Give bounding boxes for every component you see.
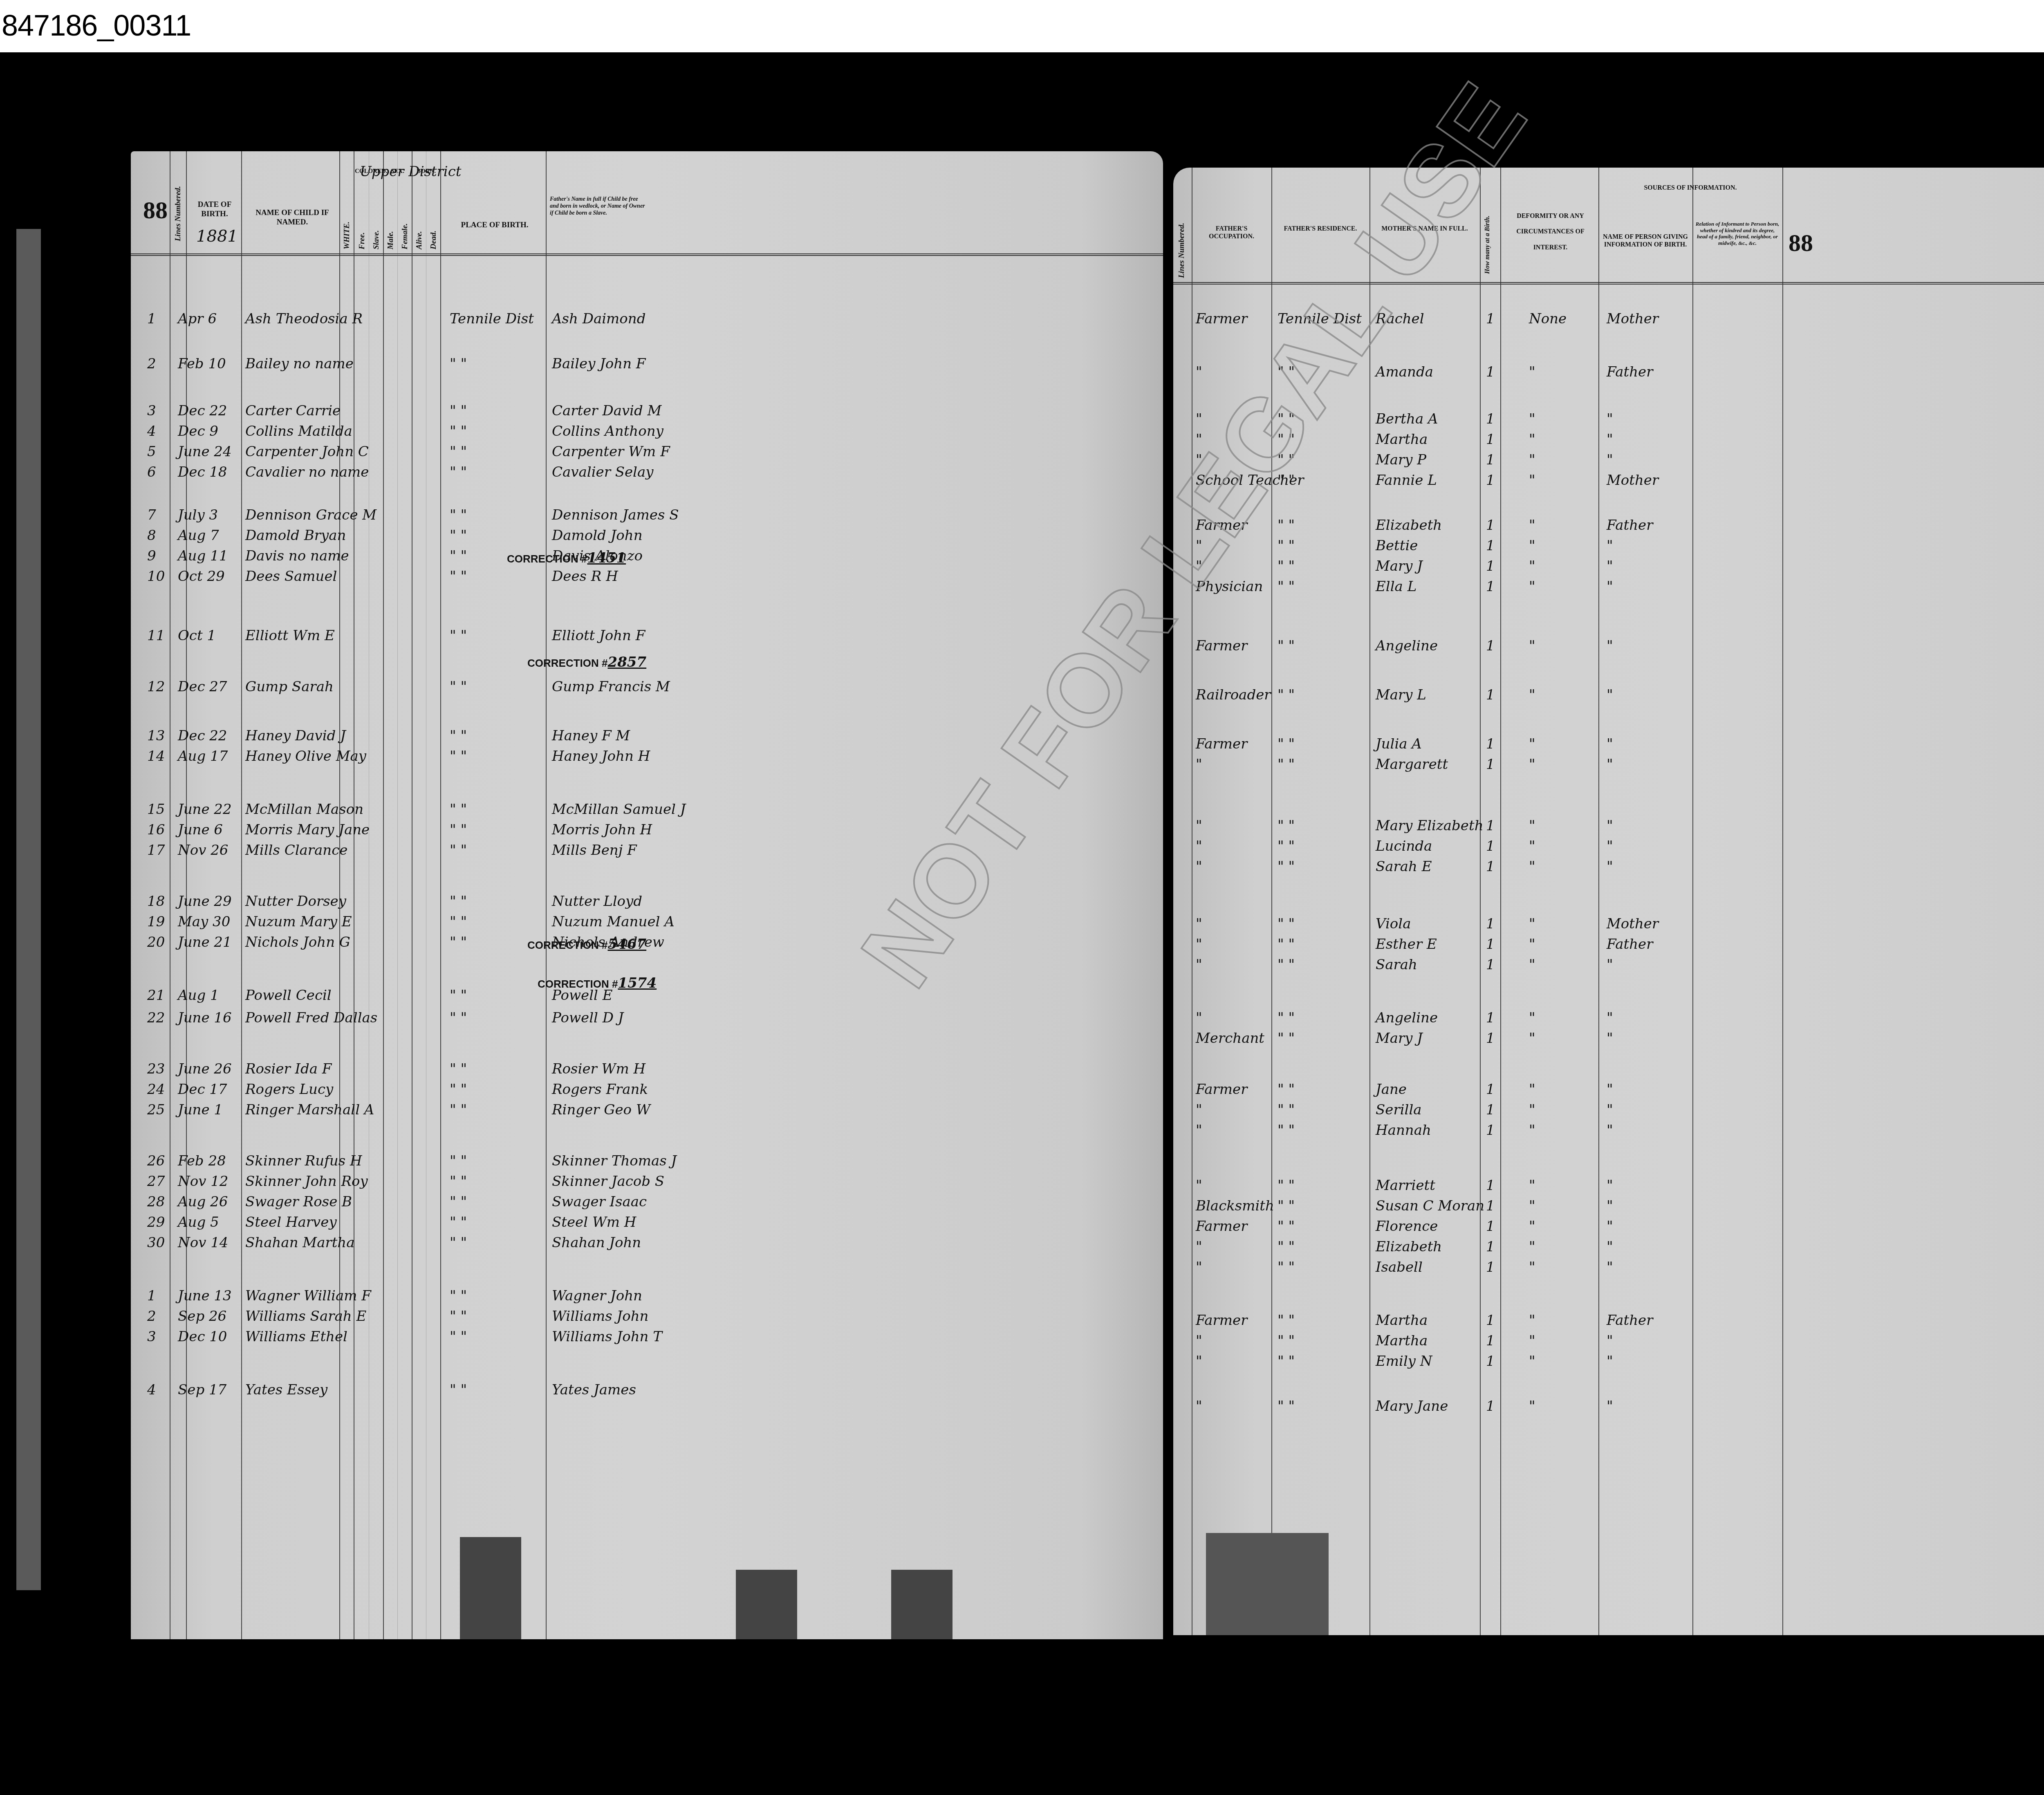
informant-name: Father <box>1607 364 1653 380</box>
correction-stamp: CORRECTION #2857 <box>527 654 646 670</box>
informant-name: " <box>1607 578 1613 595</box>
father-name: Carpenter Wm F <box>552 444 670 460</box>
informant-name: " <box>1607 756 1613 773</box>
father-occupation: " <box>1196 858 1202 875</box>
line-number: 3 <box>147 403 156 419</box>
informant-name: " <box>1607 1102 1613 1118</box>
child-name: Davis no name <box>245 548 349 564</box>
place-of-birth: " " <box>450 893 467 910</box>
place-of-birth: " " <box>450 1288 467 1304</box>
child-name: Ringer Marshall A <box>245 1102 374 1118</box>
birth-date: June 16 <box>178 1010 232 1026</box>
child-name: Collins Matilda <box>245 423 352 439</box>
father-occupation: " <box>1196 364 1202 380</box>
births-count: 1 <box>1486 1102 1495 1118</box>
father-occupation: Merchant <box>1196 1030 1264 1047</box>
informant-name: Father <box>1607 1312 1653 1329</box>
child-name: Haney Olive May <box>245 748 366 764</box>
deformity: " <box>1529 1010 1535 1026</box>
child-name: Wagner William F <box>245 1288 371 1304</box>
rule <box>170 151 170 1639</box>
father-name: Elliott John F <box>552 627 645 644</box>
mother-name: Emily N <box>1376 1353 1432 1369</box>
births-count: 1 <box>1486 838 1495 854</box>
birth-date: Sep 26 <box>178 1308 226 1324</box>
birth-date: Oct 1 <box>178 627 216 644</box>
father-residence: " " <box>1277 1353 1295 1369</box>
header-white: WHITE. <box>343 213 352 249</box>
births-count: 1 <box>1486 538 1495 554</box>
year: 1881 <box>196 227 238 246</box>
mother-name: Martha <box>1376 1333 1428 1349</box>
index-tab <box>460 1537 521 1639</box>
rule <box>1500 168 1501 1635</box>
birth-date: Nov 12 <box>178 1173 229 1190</box>
father-name: Rogers Frank <box>552 1081 648 1098</box>
header-sources: SOURCES OF INFORMATION. <box>1602 184 1778 192</box>
child-name: Nuzum Mary E <box>245 914 352 930</box>
birth-date: May 30 <box>178 914 230 930</box>
header-dead: Dead. <box>429 225 438 249</box>
line-number: 29 <box>147 1214 165 1230</box>
deformity: " <box>1529 818 1535 834</box>
births-count: 1 <box>1486 916 1495 932</box>
informant-name: Father <box>1607 936 1653 952</box>
father-name: Steel Wm H <box>552 1214 637 1230</box>
births-count: 1 <box>1486 558 1495 574</box>
births-count: 1 <box>1486 858 1495 875</box>
correction-stamp: CORRECTION #1451 <box>507 550 626 566</box>
informant-name: " <box>1607 1239 1613 1255</box>
deformity: " <box>1529 1030 1535 1047</box>
child-name: Dennison Grace M <box>245 507 377 523</box>
mother-name: Viola <box>1376 916 1411 932</box>
child-name: Dees Samuel <box>245 568 337 585</box>
father-residence: " " <box>1277 818 1295 834</box>
births-count: 1 <box>1486 1030 1495 1047</box>
mother-name: Margarett <box>1376 756 1448 773</box>
deformity: " <box>1529 558 1535 574</box>
mother-name: Marriett <box>1376 1177 1435 1194</box>
place-of-birth: " " <box>450 548 467 564</box>
correction-label: CORRECTION # <box>527 657 607 669</box>
birth-date: June 22 <box>178 801 232 818</box>
informant-name: " <box>1607 1398 1613 1414</box>
births-count: 1 <box>1486 1259 1495 1275</box>
father-name: Skinner Thomas J <box>552 1153 677 1169</box>
place-of-birth: " " <box>450 444 467 460</box>
mother-name: Elizabeth <box>1376 1239 1442 1255</box>
births-count: 1 <box>1486 1010 1495 1026</box>
child-name: Powell Fred Dallas <box>245 1010 377 1026</box>
mother-name: Ella L <box>1376 578 1416 595</box>
father-residence: " " <box>1277 1259 1295 1275</box>
header-father-name: Father's Name in full if Child be free a… <box>550 196 648 217</box>
rule <box>397 151 398 1639</box>
informant-name: " <box>1607 1010 1613 1026</box>
mother-name: Serilla <box>1376 1102 1422 1118</box>
father-residence: " " <box>1277 1218 1295 1235</box>
father-residence: " " <box>1277 538 1295 554</box>
mother-name: Esther E <box>1376 936 1437 952</box>
father-name: Gump Francis M <box>552 679 670 695</box>
father-residence: " " <box>1277 1239 1295 1255</box>
line-number: 4 <box>147 1382 156 1398</box>
informant-name: " <box>1607 538 1613 554</box>
father-name: Williams John <box>552 1308 649 1324</box>
header-colored: COLORED. <box>355 168 383 175</box>
father-occupation: " <box>1196 1353 1202 1369</box>
father-occupation: " <box>1196 1259 1202 1275</box>
child-name: Nutter Dorsey <box>245 893 346 910</box>
birth-date: Oct 29 <box>178 568 225 585</box>
informant-name: " <box>1607 452 1613 468</box>
place-of-birth: " " <box>450 1329 467 1345</box>
deformity: " <box>1529 1259 1535 1275</box>
births-count: 1 <box>1486 1218 1495 1235</box>
father-residence: " " <box>1277 1030 1295 1047</box>
child-name: Skinner Rufus H <box>245 1153 362 1169</box>
child-name: Gump Sarah <box>245 679 334 695</box>
father-name: Dennison James S <box>552 507 679 523</box>
father-occupation: Farmer <box>1196 1218 1247 1235</box>
deformity: " <box>1529 1312 1535 1329</box>
father-name: Nuzum Manuel A <box>552 914 675 930</box>
deformity: " <box>1529 452 1535 468</box>
father-occupation: " <box>1196 818 1202 834</box>
informant-name: " <box>1607 858 1613 875</box>
child-name: Swager Rose B <box>245 1194 352 1210</box>
birth-date: June 6 <box>178 822 223 838</box>
rule <box>426 151 426 1639</box>
deformity: " <box>1529 1102 1535 1118</box>
mother-name: Isabell <box>1376 1259 1423 1275</box>
header-lines-numbered: Lines Numbered. <box>174 176 183 241</box>
father-residence: " " <box>1277 578 1295 595</box>
mother-name: Lucinda <box>1376 838 1432 854</box>
birth-date: Dec 22 <box>178 728 227 744</box>
informant-name: " <box>1607 1198 1613 1214</box>
informant-name: Mother <box>1607 311 1659 327</box>
rule <box>369 151 369 1639</box>
deformity: " <box>1529 756 1535 773</box>
deformity: " <box>1529 1081 1535 1098</box>
deformity: " <box>1529 411 1535 427</box>
mother-name: Martha <box>1376 1312 1428 1329</box>
child-name: Shahan Martha <box>245 1235 355 1251</box>
child-name: Carter Carrie <box>245 403 341 419</box>
births-count: 1 <box>1486 756 1495 773</box>
informant-name: " <box>1607 1218 1613 1235</box>
informant-name: " <box>1607 1081 1613 1098</box>
child-name: Cavalier no name <box>245 464 369 480</box>
deformity: " <box>1529 638 1535 654</box>
birth-date: Aug 1 <box>178 987 219 1004</box>
births-count: 1 <box>1486 736 1495 752</box>
informant-name: " <box>1607 736 1613 752</box>
deformity: " <box>1529 1122 1535 1138</box>
father-residence: " " <box>1277 957 1295 973</box>
correction-number: 2857 <box>607 654 646 670</box>
father-residence: " " <box>1277 1312 1295 1329</box>
rule <box>440 151 441 1639</box>
births-count: 1 <box>1486 1398 1495 1414</box>
deformity: " <box>1529 1398 1535 1414</box>
place-of-birth: " " <box>450 1173 467 1190</box>
father-occupation: " <box>1196 756 1202 773</box>
births-count: 1 <box>1486 1333 1495 1349</box>
deformity: " <box>1529 687 1535 703</box>
birth-date: Aug 26 <box>178 1194 228 1210</box>
line-number: 2 <box>147 1308 156 1324</box>
deformity: " <box>1529 517 1535 533</box>
births-count: 1 <box>1486 452 1495 468</box>
correction-stamp: CORRECTION #1574 <box>538 975 657 991</box>
header-date-of-birth: DATE OF BIRTH. <box>188 200 241 219</box>
deformity: " <box>1529 1353 1535 1369</box>
father-residence: " " <box>1277 916 1295 932</box>
line-number: 1 <box>147 1288 156 1304</box>
place-of-birth: " " <box>450 1235 467 1251</box>
deformity: " <box>1529 364 1535 380</box>
births-count: 1 <box>1486 431 1495 448</box>
mother-name: Sarah <box>1376 957 1417 973</box>
mother-name: Florence <box>1376 1218 1438 1235</box>
deformity: " <box>1529 1218 1535 1235</box>
deformity: " <box>1529 1177 1535 1194</box>
father-name: Collins Anthony <box>552 423 663 439</box>
header-informant-name: NAME OF PERSON GIVING INFORMATION OF BIR… <box>1600 233 1690 249</box>
informant-name: " <box>1607 1122 1613 1138</box>
image-label: 847186_00311 <box>2 9 191 43</box>
rule <box>1782 168 1783 1635</box>
father-occupation: " <box>1196 957 1202 973</box>
mother-name: Susan C Moran <box>1376 1198 1484 1214</box>
child-name: Williams Sarah E <box>245 1308 366 1324</box>
births-count: 1 <box>1486 1312 1495 1329</box>
line-number: 12 <box>147 679 165 695</box>
rule <box>1369 168 1370 1635</box>
father-occupation: " <box>1196 916 1202 932</box>
father-name: McMillan Samuel J <box>552 801 686 818</box>
child-name: Yates Essey <box>245 1382 327 1398</box>
line-number: 26 <box>147 1153 165 1169</box>
father-name: Powell D J <box>552 1010 623 1026</box>
births-count: 1 <box>1486 1081 1495 1098</box>
rule <box>383 151 384 1639</box>
father-occupation: Farmer <box>1196 638 1247 654</box>
birth-date: Dec 18 <box>178 464 227 480</box>
birth-date: Apr 6 <box>178 311 217 327</box>
deformity: " <box>1529 1333 1535 1349</box>
birth-date: Dec 27 <box>178 679 227 695</box>
deformity: " <box>1529 538 1535 554</box>
line-number: 15 <box>147 801 165 818</box>
line-number: 28 <box>147 1194 165 1210</box>
correction-label: CORRECTION # <box>527 939 607 951</box>
father-residence: " " <box>1277 756 1295 773</box>
father-name: Dees R H <box>552 568 618 585</box>
father-residence: " " <box>1277 736 1295 752</box>
father-name: Haney John H <box>552 748 650 764</box>
place-of-birth: " " <box>450 527 467 544</box>
child-name: Mills Clarance <box>245 842 347 858</box>
father-name: Skinner Jacob S <box>552 1173 664 1190</box>
births-count: 1 <box>1486 1122 1495 1138</box>
line-number: 9 <box>147 548 156 564</box>
place-of-birth: " " <box>450 679 467 695</box>
births-count: 1 <box>1486 311 1495 327</box>
informant-name: " <box>1607 638 1613 654</box>
deformity: " <box>1529 431 1535 448</box>
informant-name: " <box>1607 411 1613 427</box>
place-of-birth: " " <box>450 1194 467 1210</box>
birth-date: Dec 10 <box>178 1329 227 1345</box>
mother-name: Mary Jane <box>1376 1398 1448 1414</box>
book-edge-left <box>16 229 41 1590</box>
place-of-birth: " " <box>450 627 467 644</box>
line-number: 17 <box>147 842 165 858</box>
rule <box>1598 168 1599 1635</box>
father-name: Williams John T <box>552 1329 662 1345</box>
mother-name: Angeline <box>1376 1010 1438 1026</box>
child-name: Steel Harvey <box>245 1214 337 1230</box>
births-count: 1 <box>1486 1177 1495 1194</box>
birth-date: Aug 11 <box>178 548 228 564</box>
header-father-occupation: FATHER'S OCCUPATION. <box>1194 225 1269 240</box>
birth-date: June 26 <box>178 1061 232 1077</box>
father-residence: " " <box>1277 1102 1295 1118</box>
mother-name: Mary Elizabeth <box>1376 818 1484 834</box>
father-occupation: " <box>1196 1398 1202 1414</box>
correction-number: 5467 <box>607 936 646 952</box>
place-of-birth: " " <box>450 507 467 523</box>
father-residence: " " <box>1277 1177 1295 1194</box>
father-residence: " " <box>1277 1122 1295 1138</box>
father-occupation: " <box>1196 1102 1202 1118</box>
father-residence: " " <box>1277 1198 1295 1214</box>
child-name: Nichols John G <box>245 934 350 950</box>
place-of-birth: Tennile Dist <box>450 311 534 327</box>
index-tab <box>736 1570 797 1639</box>
mother-name: Mary J <box>1376 1030 1423 1047</box>
father-residence: " " <box>1277 858 1295 875</box>
deformity: " <box>1529 736 1535 752</box>
line-number: 13 <box>147 728 165 744</box>
births-count: 1 <box>1486 364 1495 380</box>
place-of-birth: " " <box>450 1102 467 1118</box>
father-residence: " " <box>1277 1081 1295 1098</box>
father-occupation: Farmer <box>1196 311 1247 327</box>
line-number: 8 <box>147 527 156 544</box>
informant-name: " <box>1607 838 1613 854</box>
image-label-bar: 847186_00311 <box>0 0 2044 52</box>
child-name: Rogers Lucy <box>245 1081 333 1098</box>
child-name: Skinner John Roy <box>245 1173 368 1190</box>
informant-name: " <box>1607 1259 1613 1275</box>
informant-name: " <box>1607 818 1613 834</box>
deformity: " <box>1529 936 1535 952</box>
place-of-birth: " " <box>450 403 467 419</box>
father-name: Swager Isaac <box>552 1194 647 1210</box>
mother-name: Martha <box>1376 431 1428 448</box>
births-count: 1 <box>1486 818 1495 834</box>
child-name: Haney David J <box>245 728 346 744</box>
place-of-birth: " " <box>450 464 467 480</box>
child-name: Rosier Ida F <box>245 1061 332 1077</box>
place-of-birth: " " <box>450 1081 467 1098</box>
index-tab <box>1206 1533 1329 1635</box>
birth-date: Aug 17 <box>178 748 228 764</box>
father-name: Wagner John <box>552 1288 642 1304</box>
father-name: Carter David M <box>552 403 661 419</box>
birth-date: June 21 <box>178 934 232 950</box>
father-occupation: Railroader <box>1196 687 1271 703</box>
place-of-birth: " " <box>450 914 467 930</box>
header-sex: SEX. <box>384 168 411 175</box>
father-name: Shahan John <box>552 1235 641 1251</box>
informant-name: " <box>1607 1333 1613 1349</box>
index-tab <box>891 1570 953 1639</box>
deformity: " <box>1529 858 1535 875</box>
father-occupation: " <box>1196 1010 1202 1026</box>
birth-date: Nov 26 <box>178 842 229 858</box>
header-informant-relation: Relation of Informant to Person born, wh… <box>1694 221 1780 246</box>
correction-number: 1574 <box>618 975 657 991</box>
correction-label: CORRECTION # <box>538 978 618 990</box>
deformity: " <box>1529 1198 1535 1214</box>
births-count: 1 <box>1486 472 1495 489</box>
line-number: 3 <box>147 1329 156 1345</box>
line-number: 1 <box>147 311 156 327</box>
birth-date: Feb 10 <box>178 356 226 372</box>
father-name: Mills Benj F <box>552 842 637 858</box>
line-number: 10 <box>147 568 165 585</box>
header-born: BORN. <box>413 168 439 175</box>
father-occupation: Farmer <box>1196 1081 1247 1098</box>
father-occupation: " <box>1196 838 1202 854</box>
birth-date: July 3 <box>178 507 218 523</box>
informant-name: " <box>1607 687 1613 703</box>
deformity: " <box>1529 957 1535 973</box>
place-of-birth: " " <box>450 1308 467 1324</box>
father-name: Haney F M <box>552 728 630 744</box>
father-name: Morris John H <box>552 822 652 838</box>
mother-name: Hannah <box>1376 1122 1431 1138</box>
father-name: Bailey John F <box>552 356 645 372</box>
mother-name: Bertha A <box>1376 411 1438 427</box>
correction-stamp: CORRECTION #5467 <box>527 936 646 952</box>
header-alive: Alive. <box>415 225 424 249</box>
father-residence: " " <box>1277 1333 1295 1349</box>
line-number: 24 <box>147 1081 165 1098</box>
informant-name: " <box>1607 1030 1613 1047</box>
line-number: 6 <box>147 464 156 480</box>
place-of-birth: " " <box>450 568 467 585</box>
line-number: 11 <box>147 627 165 644</box>
child-name: Damold Bryan <box>245 527 346 544</box>
mother-name: Amanda <box>1376 364 1433 380</box>
father-name: Nutter Lloyd <box>552 893 642 910</box>
births-count: 1 <box>1486 1198 1495 1214</box>
rule <box>1480 168 1481 1635</box>
rule <box>354 151 354 1639</box>
father-occupation: Blacksmith <box>1196 1198 1274 1214</box>
place-of-birth: " " <box>450 1010 467 1026</box>
birth-date: June 13 <box>178 1288 232 1304</box>
child-name: Bailey no name <box>245 356 354 372</box>
rule <box>1692 168 1693 1635</box>
